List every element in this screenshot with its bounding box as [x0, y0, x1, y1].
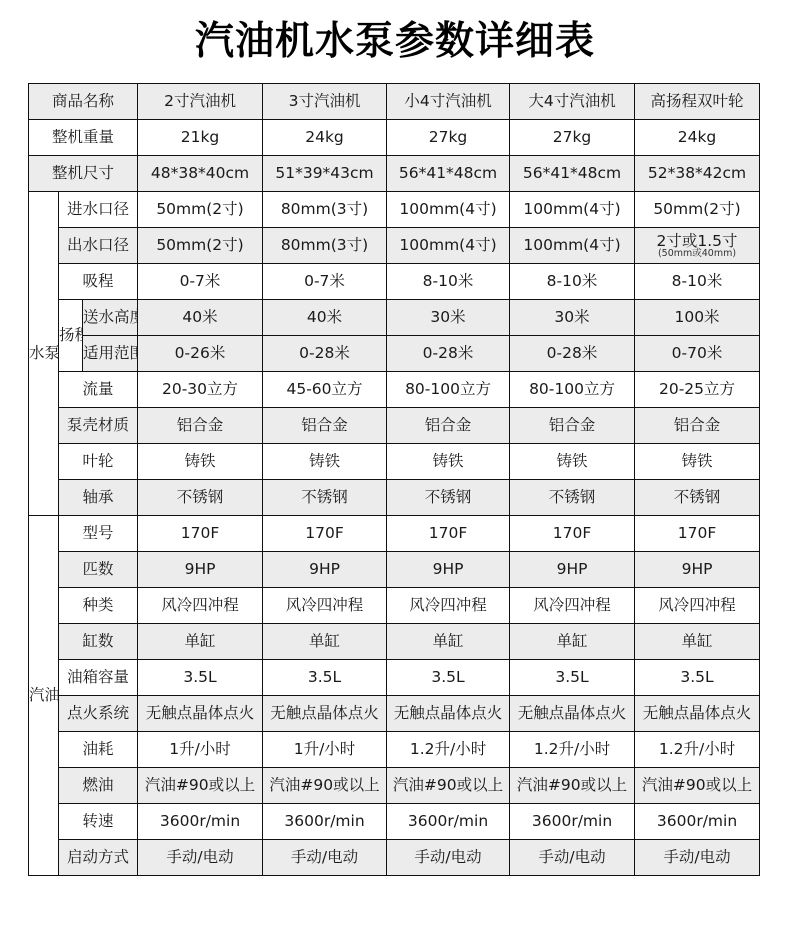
table-row-cylinders: 缸数 单缸 单缸 单缸 单缸 单缸	[29, 624, 760, 660]
cell: 不锈钢	[510, 480, 635, 516]
cell: 170F	[510, 516, 635, 552]
cell: 8-10米	[635, 264, 760, 300]
table-row-tank: 油箱容量 3.5L 3.5L 3.5L 3.5L 3.5L	[29, 660, 760, 696]
cell: 铸铁	[510, 444, 635, 480]
cell: 80mm(3寸)	[263, 192, 387, 228]
cell: 铸铁	[138, 444, 263, 480]
page-title: 汽油机水泵参数详细表	[0, 14, 790, 70]
row-label: 转速	[59, 804, 138, 840]
cell: 3600r/min	[138, 804, 263, 840]
cell: 45-60立方	[263, 372, 387, 408]
cell: 不锈钢	[635, 480, 760, 516]
table-row-head-delivery: 扬程 送水高度 40米 40米 30米 30米 100米	[29, 300, 760, 336]
group-label-head: 扬程	[59, 300, 83, 372]
cell: 48*38*40cm	[138, 156, 263, 192]
cell: 30米	[510, 300, 635, 336]
cell: 40米	[138, 300, 263, 336]
cell: 9HP	[263, 552, 387, 588]
row-label: 整机尺寸	[29, 156, 138, 192]
cell: 100米	[635, 300, 760, 336]
cell: 汽油#90或以上	[387, 768, 510, 804]
cell: 风冷四冲程	[510, 588, 635, 624]
row-label: 整机重量	[29, 120, 138, 156]
row-label: 出水口径	[59, 228, 138, 264]
cell-outlet-alt: 2寸或1.5寸 (50mm或40mm)	[635, 228, 760, 264]
cell: 无触点晶体点火	[138, 696, 263, 732]
row-label: 种类	[59, 588, 138, 624]
cell-main-text: 2寸或1.5寸	[635, 233, 759, 249]
cell: 27kg	[387, 120, 510, 156]
table-row-type: 种类 风冷四冲程 风冷四冲程 风冷四冲程 风冷四冲程 风冷四冲程	[29, 588, 760, 624]
cell: 0-28米	[510, 336, 635, 372]
cell: 3600r/min	[387, 804, 510, 840]
row-label: 商品名称	[29, 84, 138, 120]
cell: 风冷四冲程	[635, 588, 760, 624]
product-name: 高扬程双叶轮	[635, 84, 760, 120]
cell: 不锈钢	[387, 480, 510, 516]
cell: 9HP	[387, 552, 510, 588]
cell: 0-28米	[263, 336, 387, 372]
cell: 铝合金	[138, 408, 263, 444]
cell: 40米	[263, 300, 387, 336]
cell: 0-70米	[635, 336, 760, 372]
cell: 1.2升/小时	[387, 732, 510, 768]
cell: 100mm(4寸)	[510, 228, 635, 264]
cell: 铝合金	[387, 408, 510, 444]
table-row-model: 汽油机参数 型号 170F 170F 170F 170F 170F	[29, 516, 760, 552]
cell: 8-10米	[510, 264, 635, 300]
cell: 1升/小时	[138, 732, 263, 768]
cell: 汽油#90或以上	[510, 768, 635, 804]
table-row-size: 整机尺寸 48*38*40cm 51*39*43cm 56*41*48cm 56…	[29, 156, 760, 192]
group-label-engine: 汽油机参数	[29, 516, 59, 876]
row-label: 启动方式	[59, 840, 138, 876]
cell: 170F	[635, 516, 760, 552]
group-label-pump: 水泵参数	[29, 192, 59, 516]
row-label: 吸程	[59, 264, 138, 300]
cell: 不锈钢	[138, 480, 263, 516]
cell: 铸铁	[635, 444, 760, 480]
row-label: 点火系统	[59, 696, 138, 732]
row-label: 送水高度	[83, 300, 138, 336]
cell: 51*39*43cm	[263, 156, 387, 192]
cell: 铸铁	[387, 444, 510, 480]
cell: 3.5L	[263, 660, 387, 696]
cell: 不锈钢	[263, 480, 387, 516]
table-row-impeller: 叶轮 铸铁 铸铁 铸铁 铸铁 铸铁	[29, 444, 760, 480]
cell: 3600r/min	[635, 804, 760, 840]
row-label: 适用范围	[83, 336, 138, 372]
cell: 100mm(4寸)	[510, 192, 635, 228]
cell: 80-100立方	[387, 372, 510, 408]
cell-note: (50mm或40mm)	[635, 249, 759, 259]
table-row-flow: 流量 20-30立方 45-60立方 80-100立方 80-100立方 20-…	[29, 372, 760, 408]
cell: 30米	[387, 300, 510, 336]
row-label: 燃油	[59, 768, 138, 804]
cell: 风冷四冲程	[138, 588, 263, 624]
cell: 单缸	[635, 624, 760, 660]
row-label: 进水口径	[59, 192, 138, 228]
cell: 手动/电动	[635, 840, 760, 876]
spec-table: 商品名称 2寸汽油机 3寸汽油机 小4寸汽油机 大4寸汽油机 高扬程双叶轮 整机…	[28, 83, 760, 876]
cell: 24kg	[263, 120, 387, 156]
cell: 0-28米	[387, 336, 510, 372]
cell: 3.5L	[510, 660, 635, 696]
row-label: 缸数	[59, 624, 138, 660]
cell: 56*41*48cm	[510, 156, 635, 192]
cell: 3.5L	[387, 660, 510, 696]
product-name: 2寸汽油机	[138, 84, 263, 120]
cell: 1升/小时	[263, 732, 387, 768]
row-label: 型号	[59, 516, 138, 552]
cell: 50mm(2寸)	[138, 228, 263, 264]
cell: 1.2升/小时	[635, 732, 760, 768]
table-row-suction: 吸程 0-7米 0-7米 8-10米 8-10米 8-10米	[29, 264, 760, 300]
cell: 100mm(4寸)	[387, 192, 510, 228]
cell: 3600r/min	[510, 804, 635, 840]
row-label: 流量	[59, 372, 138, 408]
cell: 单缸	[510, 624, 635, 660]
cell: 0-7米	[263, 264, 387, 300]
row-label: 泵壳材质	[59, 408, 138, 444]
cell: 0-7米	[138, 264, 263, 300]
table-row-start: 启动方式 手动/电动 手动/电动 手动/电动 手动/电动 手动/电动	[29, 840, 760, 876]
cell: 170F	[263, 516, 387, 552]
table-row-weight: 整机重量 21kg 24kg 27kg 27kg 24kg	[29, 120, 760, 156]
cell: 20-30立方	[138, 372, 263, 408]
cell: 风冷四冲程	[387, 588, 510, 624]
cell: 手动/电动	[138, 840, 263, 876]
cell: 24kg	[635, 120, 760, 156]
cell: 8-10米	[387, 264, 510, 300]
cell: 铝合金	[510, 408, 635, 444]
cell: 3600r/min	[263, 804, 387, 840]
cell: 170F	[387, 516, 510, 552]
product-name: 小4寸汽油机	[387, 84, 510, 120]
cell: 52*38*42cm	[635, 156, 760, 192]
cell: 手动/电动	[387, 840, 510, 876]
cell: 3.5L	[635, 660, 760, 696]
cell: 9HP	[138, 552, 263, 588]
table-row-power: 匹数 9HP 9HP 9HP 9HP 9HP	[29, 552, 760, 588]
cell: 汽油#90或以上	[263, 768, 387, 804]
table-row-head-range: 适用范围 0-26米 0-28米 0-28米 0-28米 0-70米	[29, 336, 760, 372]
header-row: 商品名称 2寸汽油机 3寸汽油机 小4寸汽油机 大4寸汽油机 高扬程双叶轮	[29, 84, 760, 120]
cell: 20-25立方	[635, 372, 760, 408]
cell: 1.2升/小时	[510, 732, 635, 768]
table-row-consumption: 油耗 1升/小时 1升/小时 1.2升/小时 1.2升/小时 1.2升/小时	[29, 732, 760, 768]
cell: 50mm(2寸)	[635, 192, 760, 228]
cell: 风冷四冲程	[263, 588, 387, 624]
cell: 单缸	[263, 624, 387, 660]
cell: 铝合金	[635, 408, 760, 444]
cell: 21kg	[138, 120, 263, 156]
cell: 铝合金	[263, 408, 387, 444]
cell: 单缸	[387, 624, 510, 660]
cell: 无触点晶体点火	[263, 696, 387, 732]
row-label: 叶轮	[59, 444, 138, 480]
table-row-fuel: 燃油 汽油#90或以上 汽油#90或以上 汽油#90或以上 汽油#90或以上 汽…	[29, 768, 760, 804]
cell: 铸铁	[263, 444, 387, 480]
cell: 3.5L	[138, 660, 263, 696]
row-label: 匹数	[59, 552, 138, 588]
row-label: 轴承	[59, 480, 138, 516]
cell: 80mm(3寸)	[263, 228, 387, 264]
table-row-bearing: 轴承 不锈钢 不锈钢 不锈钢 不锈钢 不锈钢	[29, 480, 760, 516]
table-row-inlet: 水泵参数 进水口径 50mm(2寸) 80mm(3寸) 100mm(4寸) 10…	[29, 192, 760, 228]
cell: 56*41*48cm	[387, 156, 510, 192]
table-row-ignition: 点火系统 无触点晶体点火 无触点晶体点火 无触点晶体点火 无触点晶体点火 无触点…	[29, 696, 760, 732]
cell: 170F	[138, 516, 263, 552]
cell: 无触点晶体点火	[387, 696, 510, 732]
cell: 汽油#90或以上	[138, 768, 263, 804]
cell: 9HP	[510, 552, 635, 588]
row-label: 油箱容量	[59, 660, 138, 696]
cell: 80-100立方	[510, 372, 635, 408]
table-row-speed: 转速 3600r/min 3600r/min 3600r/min 3600r/m…	[29, 804, 760, 840]
cell: 无触点晶体点火	[510, 696, 635, 732]
row-label: 油耗	[59, 732, 138, 768]
product-name: 大4寸汽油机	[510, 84, 635, 120]
cell: 0-26米	[138, 336, 263, 372]
cell: 手动/电动	[263, 840, 387, 876]
cell: 汽油#90或以上	[635, 768, 760, 804]
cell: 无触点晶体点火	[635, 696, 760, 732]
cell: 9HP	[635, 552, 760, 588]
cell: 单缸	[138, 624, 263, 660]
cell: 100mm(4寸)	[387, 228, 510, 264]
table-row-outlet: 出水口径 50mm(2寸) 80mm(3寸) 100mm(4寸) 100mm(4…	[29, 228, 760, 264]
cell: 手动/电动	[510, 840, 635, 876]
product-name: 3寸汽油机	[263, 84, 387, 120]
table-row-housing: 泵壳材质 铝合金 铝合金 铝合金 铝合金 铝合金	[29, 408, 760, 444]
cell: 50mm(2寸)	[138, 192, 263, 228]
cell: 27kg	[510, 120, 635, 156]
